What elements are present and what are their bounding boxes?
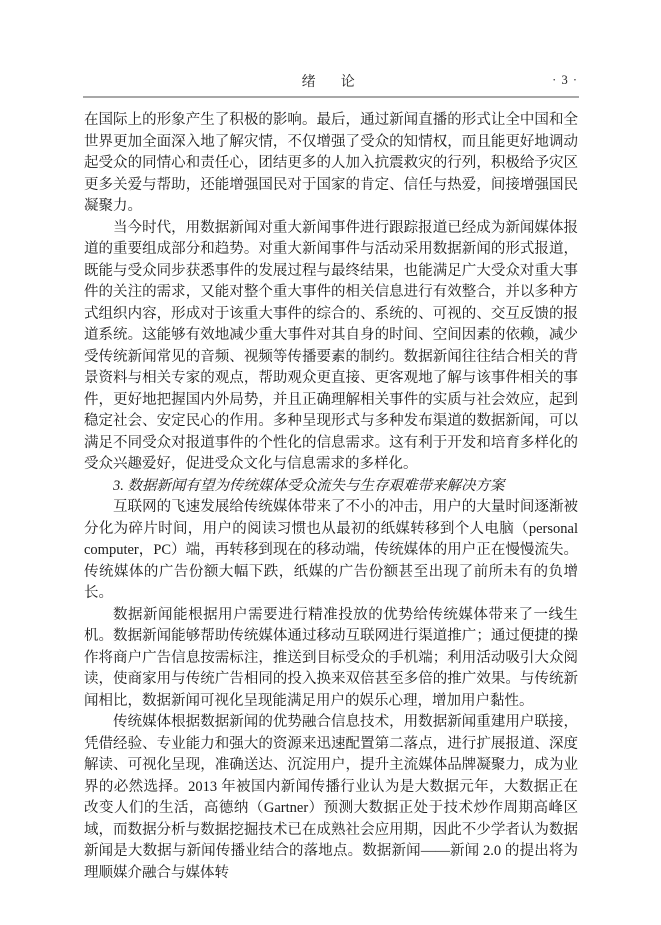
document-page: 绪 论 · 3 · 在国际上的形象产生了积极的影响。最后，通过新闻直播的形式让全… (0, 0, 661, 925)
paragraph: 数据新闻能根据用户需要进行精准投放的优势给传统媒体带来了一线生机。数据新闻能够帮… (84, 605, 578, 713)
page-body: 在国际上的形象产生了积极的影响。最后，通过新闻直播的形式让全中国和全世界更加全面… (84, 110, 578, 884)
section-subheading: 3. 数据新闻有望为传统媒体受众流失与生存艰难带来解决方案 (84, 476, 578, 498)
paragraph: 传统媒体根据数据新闻的优势融合信息技术，用数据新闻重建用户联接，凭借经验、专业能… (84, 712, 578, 884)
header-rule (83, 96, 579, 98)
paragraph-continuation: 在国际上的形象产生了积极的影响。最后，通过新闻直播的形式让全中国和全世界更加全面… (84, 110, 578, 218)
page-number: · 3 · (552, 73, 578, 88)
paragraph: 当今时代，用数据新闻对重大新闻事件进行跟踪报道已经成为新闻媒体报道的重要组成部分… (84, 218, 578, 476)
running-header: 绪 论 · 3 · (84, 71, 578, 91)
running-head-title: 绪 论 (84, 71, 578, 91)
paragraph: 互联网的飞速发展给传统媒体带来了不小的冲击，用户的大量时间逐渐被分化为碎片时间，… (84, 497, 578, 605)
